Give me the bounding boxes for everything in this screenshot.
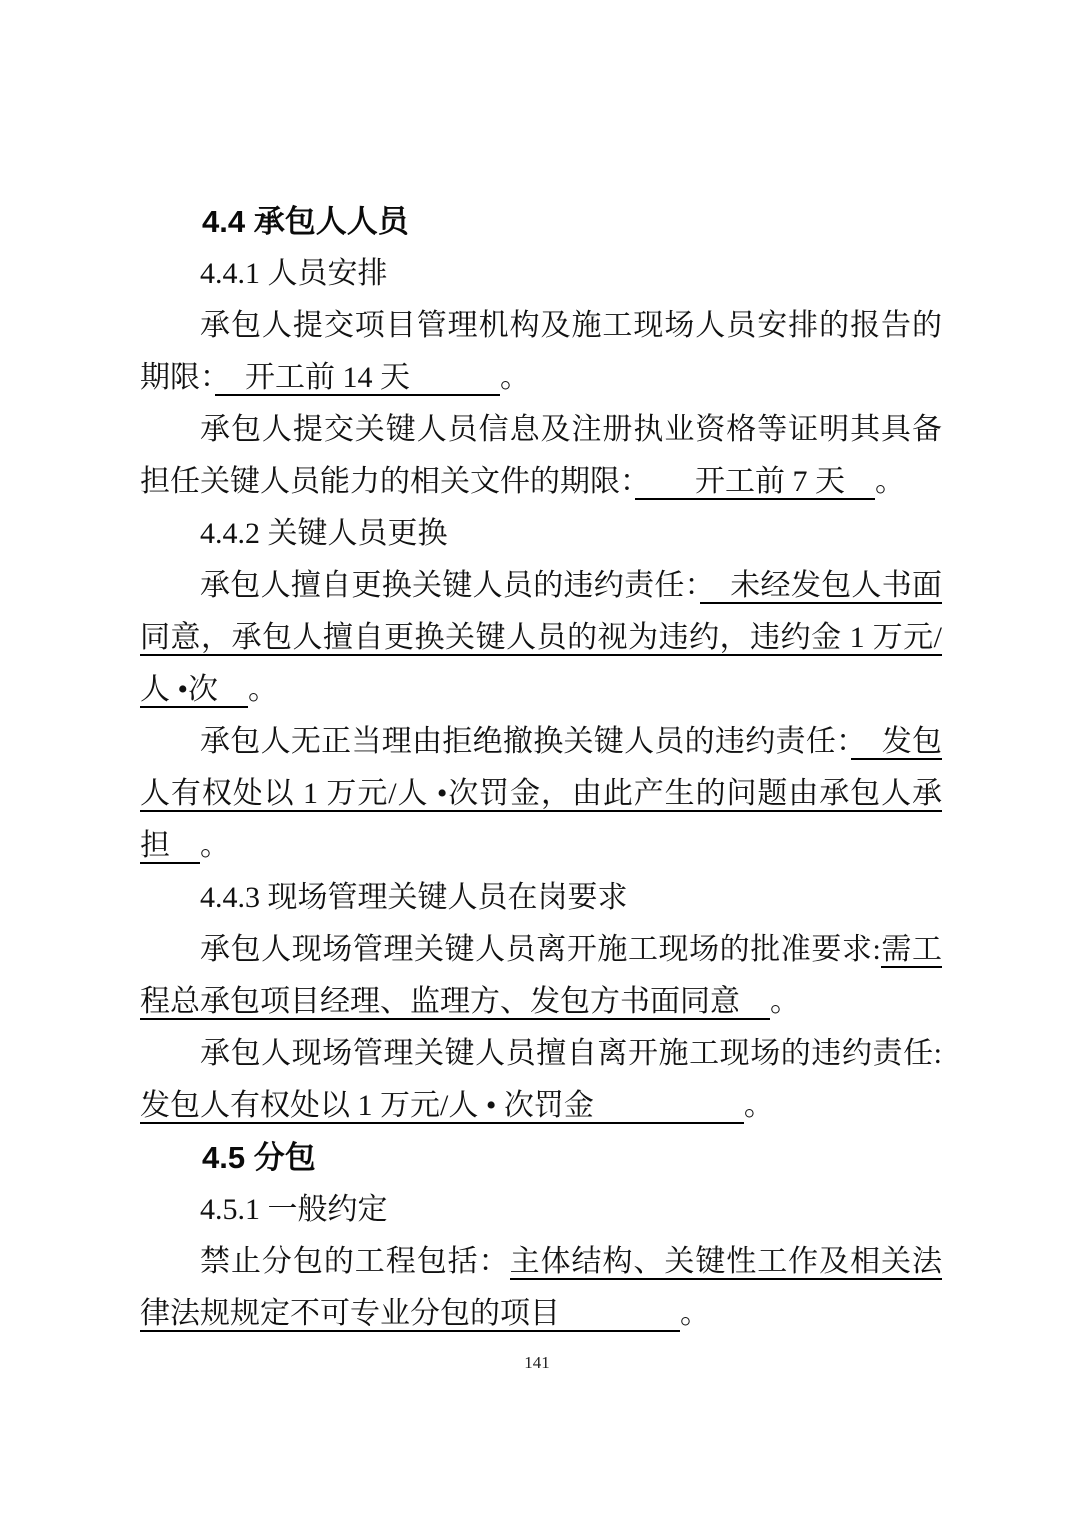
para-lead-text: 承包人现场管理关键人员离开施工现场的批准要求:	[200, 933, 881, 966]
para-leave-site-approval-requirement: 承包人现场管理关键人员离开施工现场的批准要求:需工程总承包项目经理、监理方、发包…	[140, 924, 942, 1028]
subheading-4-4-2-key-personnel-replacement: 4.4.2 关键人员更换	[140, 508, 942, 560]
para-end-punctuation: 。	[200, 829, 230, 862]
para-lead-text: 禁止分包的工程包括：	[200, 1245, 510, 1278]
para-unauthorized-leave-liability: 承包人现场管理关键人员擅自离开施工现场的违约责任:发包人有权处以 1 万元/人 …	[140, 1028, 942, 1132]
para-end-punctuation: 。	[248, 673, 278, 706]
heading-4-4-contractor-personnel: 4.4 承包人人员	[140, 196, 942, 248]
para-key-personnel-credentials-deadline: 承包人提交关键人员信息及注册执业资格等证明其具备担任关键人员能力的相关文件的期限…	[140, 404, 942, 508]
subheading-4-5-1-general-agreement: 4.5.1 一般约定	[140, 1184, 942, 1236]
para-staffing-report-deadline: 承包人提交项目管理机构及施工现场人员安排的报告的期限： 开工前 14 天 。	[140, 300, 942, 404]
para-unauthorized-replacement-liability: 承包人擅自更换关键人员的违约责任： 未经发包人书面同意，承包人擅自更换关键人员的…	[140, 560, 942, 716]
filled-blank-field: 开工前 14 天	[215, 361, 500, 396]
para-end-punctuation: 。	[875, 465, 905, 498]
subheading-4-4-1-staff-arrangement: 4.4.1 人员安排	[140, 248, 942, 300]
filled-blank-field: 发包人有权处以 1 万元/人 • 次罚金	[140, 1089, 744, 1124]
page-number: 141	[0, 1352, 1074, 1374]
document-content: 4.4 承包人人员 4.4.1 人员安排 承包人提交项目管理机构及施工现场人员安…	[140, 196, 942, 1340]
subheading-4-4-3-onsite-presence-requirement: 4.4.3 现场管理关键人员在岗要求	[140, 872, 942, 924]
document-page: 4.4 承包人人员 4.4.1 人员安排 承包人提交项目管理机构及施工现场人员安…	[0, 0, 1074, 1520]
filled-blank-field: 开工前 7 天	[635, 465, 875, 500]
para-lead-text: 承包人现场管理关键人员擅自离开施工现场的违约责任:	[200, 1037, 942, 1070]
para-end-punctuation: 。	[770, 985, 800, 1018]
para-lead-text: 承包人无正当理由拒绝撤换关键人员的违约责任：	[200, 725, 851, 758]
para-end-punctuation: 。	[680, 1297, 710, 1330]
para-lead-text: 承包人擅自更换关键人员的违约责任：	[200, 569, 700, 602]
para-end-punctuation: 。	[500, 361, 530, 394]
heading-4-5-subcontracting: 4.5 分包	[140, 1132, 942, 1184]
para-end-punctuation: 。	[744, 1089, 774, 1122]
para-refusal-to-replace-liability: 承包人无正当理由拒绝撤换关键人员的违约责任： 发包人有权处以 1 万元/人 •次…	[140, 716, 942, 872]
para-prohibited-subcontract-scope: 禁止分包的工程包括：主体结构、关键性工作及相关法律法规规定不可专业分包的项目 。	[140, 1236, 942, 1340]
